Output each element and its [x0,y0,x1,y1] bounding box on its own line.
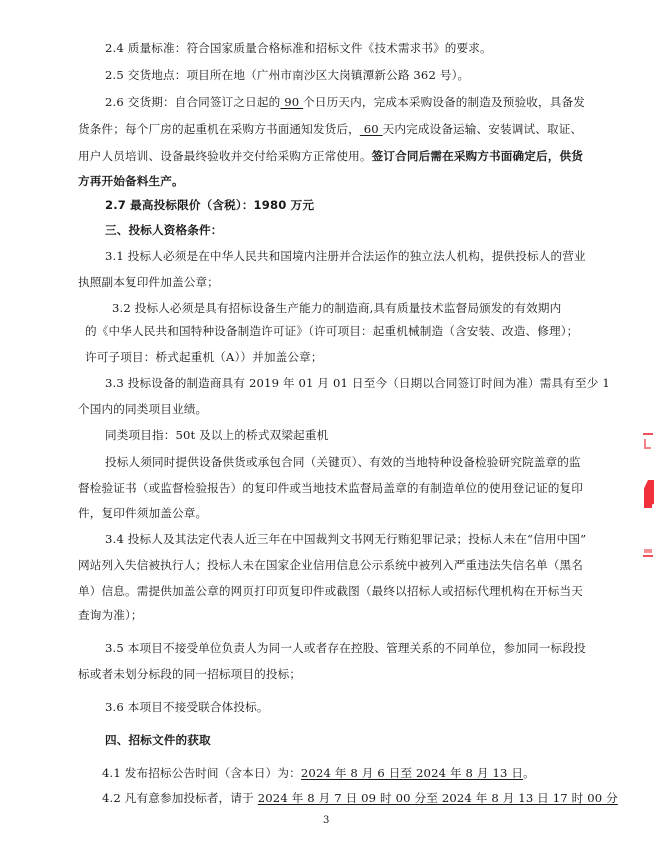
bold-text: 2.7 最高投标限价（含税）：1980 万元 [105,198,314,212]
text-line: 2.7 最高投标限价（含税）：1980 万元 [105,197,314,213]
text-segment: 3.2 投标人必须是具有招标设备生产能力的制造商,具有质量技术监督局颁发的有效期… [112,301,561,315]
text-line: 4.1 发布招标公告时间（含本日）为：2024 年 8 月 6 日至 2024 … [102,765,535,781]
text-line: 单）信息。需提供加盖公章的网页打印页复印件或截图（最终以招标人或招标代理机构在开… [78,583,583,599]
text-line: 件，复印件须加盖公章。 [78,505,207,521]
text-segment: 查询为准）； [78,608,143,622]
text-segment: 3.5 本项目不接受单位负责人为同一人或者存在控股、管理关系的不同单位，参加同一… [105,641,586,655]
text-segment: 个国内的同类项目业绩。 [78,402,207,416]
underlined-value: 60 [360,122,383,136]
text-segment: 2.5 交货地点：项目所在地（广州市南沙区大岗镇潭新公路 362 号）。 [105,68,469,82]
text-line: 投标人须同时提供设备供货或承包合同（关键页）、有效的当地特种设备检验研究院盖章的… [105,454,581,470]
text-line: 2.6 交货期：自合同签订之日起的 90 个日历天内，完成本采购设备的制造及预验… [105,94,585,110]
text-segment: 3.1 投标人必须是在中华人民共和国境内注册并合法运作的独立法人机构，提供投标人… [105,249,586,263]
bold-text: 三、投标人资格条件： [105,223,222,237]
text-line: 方再开始备料生产。 [78,173,184,189]
underlined-value: 2024 年 8 月 6 日至 2024 年 8 月 13 日 [301,766,523,780]
text-segment: 天内完成设备运输、安装调试、取证、 [383,122,583,136]
text-segment: 件，复印件须加盖公章。 [78,506,207,520]
text-line: 3.5 本项目不接受单位负责人为同一人或者存在控股、管理关系的不同单位，参加同一… [105,640,586,656]
text-segment: 。 [523,766,535,780]
text-line: 标或者未划分标段的同一招标项目的投标； [78,666,301,682]
text-line: 查询为准）； [78,607,143,623]
section-heading: 四、招标文件的获取 [105,732,211,748]
text-segment: 用户人员培训、设备最终验收并交付给采购方正常使用。 [78,149,372,163]
text-line: 执照副本复印件加盖公章； [78,274,219,290]
text-segment: 4.1 发布招标公告时间（含本日）为： [102,766,301,780]
text-segment: 许可子项目：桥式起重机（A））并加盖公章； [85,350,323,364]
text-line: 同类项目指：50t 及以上的桥式双梁起重机 [105,427,328,443]
text-segment: 执照副本复印件加盖公章； [78,275,219,289]
bold-text: 方再开始备料生产。 [78,174,184,188]
bold-text: 四、招标文件的获取 [105,733,211,747]
text-segment: 单）信息。需提供加盖公章的网页打印页复印件或截图（最终以招标人或招标代理机构在开… [78,584,583,598]
text-segment: 同类项目指：50t 及以上的桥式双梁起重机 [105,428,328,442]
text-line: 的《中华人民共和国特种设备制造许可证》（许可项目：起重机械制造（含安装、改造、修… [85,323,578,339]
text-line: 2.5 交货地点：项目所在地（广州市南沙区大岗镇潭新公路 362 号）。 [105,67,469,83]
underlined-value: 90 [280,95,303,109]
text-segment: 投标人须同时提供设备供货或承包合同（关键页）、有效的当地特种设备检验研究院盖章的… [105,455,581,469]
text-segment: 标或者未划分标段的同一招标项目的投标； [78,667,301,681]
text-segment: 3.3 投标设备的制造商具有 2019 年 01 月 01 日至今（日期以合同签… [105,376,610,390]
text-segment: 3.4 投标人及其法定代表人近三年在中国裁判文书网无行贿犯罪记录；投标人未在“信… [105,532,586,546]
text-segment: 网站列入失信被执行人；投标人未在国家企业信用信息公示系统中被列入严重违法失信名单… [78,558,583,572]
text-segment: 个日历天内，完成本采购设备的制造及预验收，具备发 [303,95,585,109]
text-segment: 3.6 本项目不接受联合体投标。 [105,700,269,714]
text-segment: 2.6 交货期：自合同签订之日起的 [105,95,280,109]
text-line: 3.4 投标人及其法定代表人近三年在中国裁判文书网无行贿犯罪记录；投标人未在“信… [105,531,586,547]
text-line: 许可子项目：桥式起重机（A））并加盖公章； [85,349,323,365]
text-line: 4.2 凡有意参加投标者，请于 2024 年 8 月 7 日 09 时 00 分… [102,790,618,806]
text-line: 3.6 本项目不接受联合体投标。 [105,699,269,715]
text-segment: 督检验证书（或监督检验报告）的复印件或当地技术监督局盖章的有制造单位的使用登记证… [78,481,583,495]
text-segment: 4.2 凡有意参加投标者，请于 [102,791,258,805]
text-line: 用户人员培训、设备最终验收并交付给采购方正常使用。签订合同后需在采购方书面确定后… [78,148,583,164]
text-line: 3.1 投标人必须是在中华人民共和国境内注册并合法运作的独立法人机构，提供投标人… [105,248,586,264]
text-line: 3.2 投标人必须是具有招标设备生产能力的制造商,具有质量技术监督局颁发的有效期… [112,300,561,316]
page-number: 3 [323,815,329,826]
text-segment: 2.4 质量标准：符合国家质量合格标准和招标文件《技术需求书》的要求。 [105,41,492,55]
text-line: 个国内的同类项目业绩。 [78,401,207,417]
text-line: 督检验证书（或监督检验报告）的复印件或当地技术监督局盖章的有制造单位的使用登记证… [78,480,583,496]
text-line: 网站列入失信被执行人；投标人未在国家企业信用信息公示系统中被列入严重违法失信名单… [78,557,583,573]
section-heading: 三、投标人资格条件： [105,222,222,238]
text-line: 货条件；每个厂房的起重机在采购方书面通知发货后， 60 天内完成设备运输、安装调… [78,121,582,137]
text-segment: 的《中华人民共和国特种设备制造许可证》（许可项目：起重机械制造（含安装、改造、修… [85,324,578,338]
text-line: 2.4 质量标准：符合国家质量合格标准和招标文件《技术需求书》的要求。 [105,40,492,56]
text-segment: 货条件；每个厂房的起重机在采购方书面通知发货后， [78,122,360,136]
text-line: 3.3 投标设备的制造商具有 2019 年 01 月 01 日至今（日期以合同签… [105,375,610,391]
bold-text: 签订合同后需在采购方书面确定后，供货 [372,149,583,163]
underlined-value: 2024 年 8 月 7 日 09 时 00 分至 2024 年 8 月 13 … [258,791,618,805]
